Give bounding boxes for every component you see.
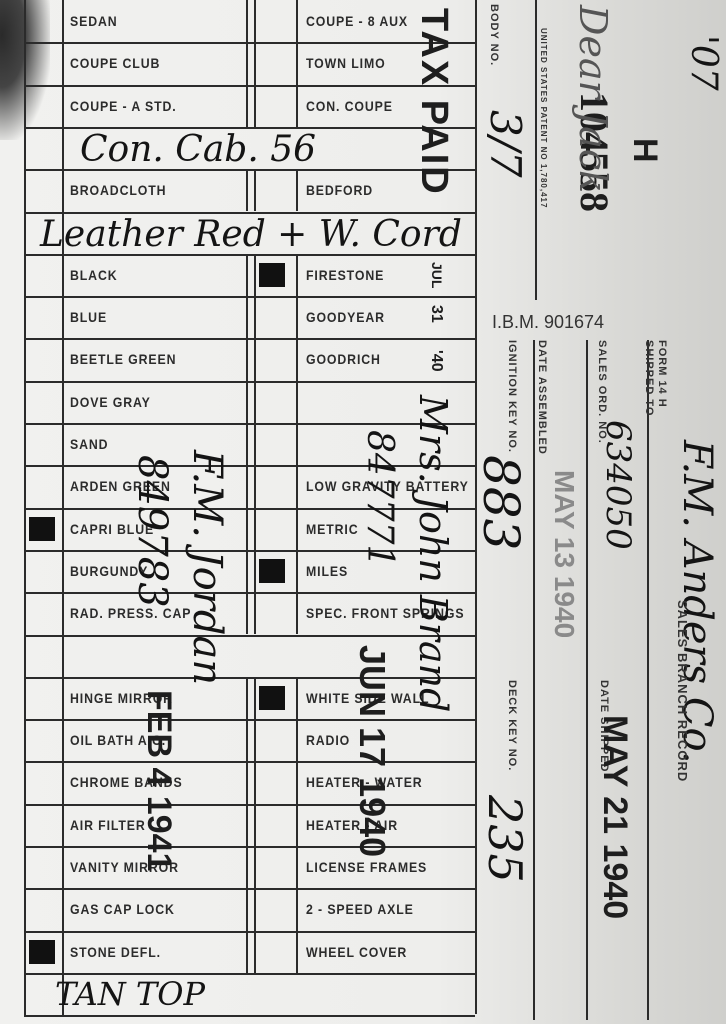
grid-line	[246, 761, 248, 803]
tax-stamp-month: JUL	[429, 262, 445, 288]
option-checkbox[interactable]	[256, 44, 294, 82]
option-label: FIRESTONE	[306, 267, 384, 283]
grid-line	[246, 0, 248, 42]
grid-line	[24, 592, 475, 594]
grid-line	[246, 592, 248, 634]
option-label: SAND	[70, 436, 108, 452]
grid-line	[296, 85, 298, 127]
option-checkbox[interactable]	[26, 721, 60, 759]
grid-line	[296, 931, 298, 973]
check-mark	[29, 940, 55, 964]
check-mark	[29, 517, 55, 541]
body-no-label: BODY NO.	[488, 4, 500, 66]
option-checkbox[interactable]	[26, 340, 60, 378]
grid-line	[24, 804, 475, 806]
second-note-name: Mrs. John Brand	[411, 395, 455, 712]
grid-line	[296, 338, 298, 380]
grid-line	[246, 888, 248, 930]
grid-line	[24, 42, 475, 44]
grid-line	[296, 0, 298, 42]
grid-line	[24, 338, 475, 340]
option-label: GOODYEAR	[306, 309, 385, 325]
grid-line	[24, 423, 475, 425]
grid-line	[24, 761, 475, 763]
option-checkbox[interactable]	[256, 467, 294, 505]
grid-line	[296, 423, 298, 465]
option-checkbox[interactable]	[256, 510, 294, 548]
option-checkbox[interactable]	[256, 383, 294, 421]
option-checkbox[interactable]	[26, 679, 60, 717]
check-mark	[259, 686, 285, 710]
grid-line	[246, 169, 248, 211]
owner-note-stamp: FEB 4 1941	[139, 690, 178, 871]
option-label: LICENSE FRAMES	[306, 859, 427, 875]
grid-line	[246, 677, 248, 719]
ignition-key-value: 883	[472, 455, 530, 550]
grid-line	[246, 423, 248, 465]
handwritten-entry: TAN TOP	[55, 975, 205, 1013]
date-assembled-label: DATE ASSEMBLED	[536, 340, 548, 455]
option-checkbox[interactable]	[256, 340, 294, 378]
ignition-key-label: IGNITION KEY NO.	[506, 340, 518, 453]
grid-line	[246, 465, 248, 507]
option-checkbox[interactable]	[256, 298, 294, 336]
option-checkbox[interactable]	[26, 552, 60, 590]
option-label: AIR FILTER	[70, 817, 146, 833]
option-checkbox[interactable]	[26, 171, 60, 209]
handwritten-entry: Leather Red + W. Cord	[40, 214, 462, 255]
option-checkbox[interactable]	[26, 806, 60, 844]
option-label: GAS CAP LOCK	[70, 901, 175, 917]
grid-line	[296, 254, 298, 296]
divider	[533, 340, 535, 1020]
grid-line	[24, 931, 475, 933]
option-checkbox[interactable]	[256, 594, 294, 632]
grid-line	[246, 719, 248, 761]
option-label: TOWN LIMO	[306, 55, 386, 71]
grid-line	[296, 592, 298, 634]
grid-line	[296, 381, 298, 423]
check-mark	[259, 263, 285, 287]
grid-line	[246, 804, 248, 846]
option-checkbox[interactable]	[256, 890, 294, 928]
grid-line	[246, 296, 248, 338]
grid-line	[246, 931, 248, 973]
option-checkbox[interactable]	[26, 763, 60, 801]
grid-line	[296, 169, 298, 211]
form-number: FORM 14 H	[656, 340, 668, 408]
grid-line	[246, 550, 248, 592]
option-checkbox[interactable]	[256, 171, 294, 209]
divider	[647, 340, 649, 1020]
handwritten-entry: Con. Cab. 56	[80, 129, 316, 170]
option-label: DOVE GRAY	[70, 394, 151, 410]
option-checkbox[interactable]	[256, 806, 294, 844]
option-checkbox[interactable]	[256, 848, 294, 886]
tax-stamp-day: 31	[427, 305, 445, 323]
option-checkbox[interactable]	[26, 890, 60, 928]
grid-line	[296, 846, 298, 888]
option-label: BLACK	[70, 267, 118, 283]
option-label: RADIO	[306, 732, 350, 748]
grid-line	[296, 465, 298, 507]
second-note-stamp: JUN 17 1940	[351, 645, 393, 857]
grid-line	[24, 296, 475, 298]
shipped-to-label: SHIPPED TO	[643, 340, 655, 416]
grid-line	[296, 888, 298, 930]
option-checkbox[interactable]	[256, 425, 294, 463]
date-shipped-value: MAY 21 1940	[595, 715, 634, 919]
grid-line	[296, 804, 298, 846]
deck-key-label: DECK KEY NO.	[506, 680, 518, 771]
second-note-number: 847771	[359, 430, 400, 567]
grid-line	[296, 42, 298, 84]
serial-prefix: H	[625, 138, 664, 163]
patent-text: UNITED STATES PATENT NO 1,780,417	[539, 28, 548, 208]
check-mark	[259, 559, 285, 583]
build-card: SEDANCOUPE - 8 AUXCOUPE CLUBTOWN LIMOCOU…	[0, 0, 726, 1024]
option-label: SEDAN	[70, 13, 118, 29]
option-checkbox[interactable]	[256, 933, 294, 971]
grid-line	[24, 85, 475, 87]
grid-line	[246, 338, 248, 380]
signature-scrawl: Dear Jack	[571, 5, 615, 193]
grid-line	[24, 381, 475, 383]
grid-line	[296, 719, 298, 761]
grid-line	[296, 550, 298, 592]
tax-paid-stamp: TAX PAID	[412, 8, 455, 196]
owner-note-number: 849783	[129, 455, 175, 608]
grid-line	[246, 508, 248, 550]
grid-line	[246, 85, 248, 127]
grid-line	[24, 719, 475, 721]
option-checkbox[interactable]	[256, 87, 294, 125]
form-title: SALES BRANCH RECORD	[675, 600, 690, 782]
option-checkbox[interactable]	[256, 2, 294, 40]
grid-line	[24, 1015, 475, 1017]
option-label: WHEEL COVER	[306, 944, 407, 960]
option-checkbox[interactable]	[26, 87, 60, 125]
date-assembled-value: MAY 13 1940	[548, 470, 580, 638]
option-label: BEDFORD	[306, 182, 373, 198]
option-label: CON. COUPE	[306, 98, 393, 114]
grid-line	[246, 846, 248, 888]
grid-line	[296, 761, 298, 803]
grid-line	[24, 508, 475, 510]
option-label: BLUE	[70, 309, 107, 325]
option-checkbox[interactable]	[26, 467, 60, 505]
grid-line	[24, 677, 475, 679]
option-checkbox[interactable]	[26, 383, 60, 421]
option-label: STONE DEFL.	[70, 944, 161, 960]
tax-stamp-year: '40	[427, 350, 445, 372]
option-checkbox[interactable]	[26, 256, 60, 294]
ibm-number: I.B.M. 901674	[492, 312, 604, 333]
grid-line	[24, 550, 475, 552]
grid-line	[296, 296, 298, 338]
owner-note-name: F.M. Jordan	[184, 450, 230, 685]
deck-key-value: 235	[478, 795, 532, 883]
option-label: GOODRICH	[306, 351, 381, 367]
grid-line	[246, 381, 248, 423]
divider	[586, 340, 588, 1020]
grid-line	[246, 254, 248, 296]
option-checkbox[interactable]	[26, 594, 60, 632]
option-label: BROADCLOTH	[70, 182, 166, 198]
divider	[535, 0, 537, 300]
grid-line	[24, 846, 475, 848]
option-label: 2 - SPEED AXLE	[306, 901, 414, 917]
option-checkbox[interactable]	[26, 425, 60, 463]
option-label: MILES	[306, 563, 348, 579]
option-checkbox[interactable]	[256, 721, 294, 759]
signature-scrawl-2: '07	[683, 35, 724, 91]
option-label: METRIC	[306, 521, 359, 537]
option-label: COUPE - A STD.	[70, 98, 177, 114]
grid-line	[24, 465, 475, 467]
option-checkbox[interactable]	[26, 44, 60, 82]
grid-line	[24, 635, 475, 637]
sales-ord-value: 634050	[598, 420, 638, 550]
grid-line	[24, 888, 475, 890]
option-label: BEETLE GREEN	[70, 351, 176, 367]
option-label: COUPE CLUB	[70, 55, 160, 71]
option-checkbox[interactable]	[256, 763, 294, 801]
option-checkbox[interactable]	[26, 2, 60, 40]
option-checkbox[interactable]	[26, 848, 60, 886]
option-checkbox[interactable]	[26, 298, 60, 336]
option-label: COUPE - 8 AUX	[306, 13, 408, 29]
grid-line	[296, 508, 298, 550]
grid-line	[296, 677, 298, 719]
grid-line	[246, 42, 248, 84]
body-no-value: 3/7	[481, 110, 530, 178]
